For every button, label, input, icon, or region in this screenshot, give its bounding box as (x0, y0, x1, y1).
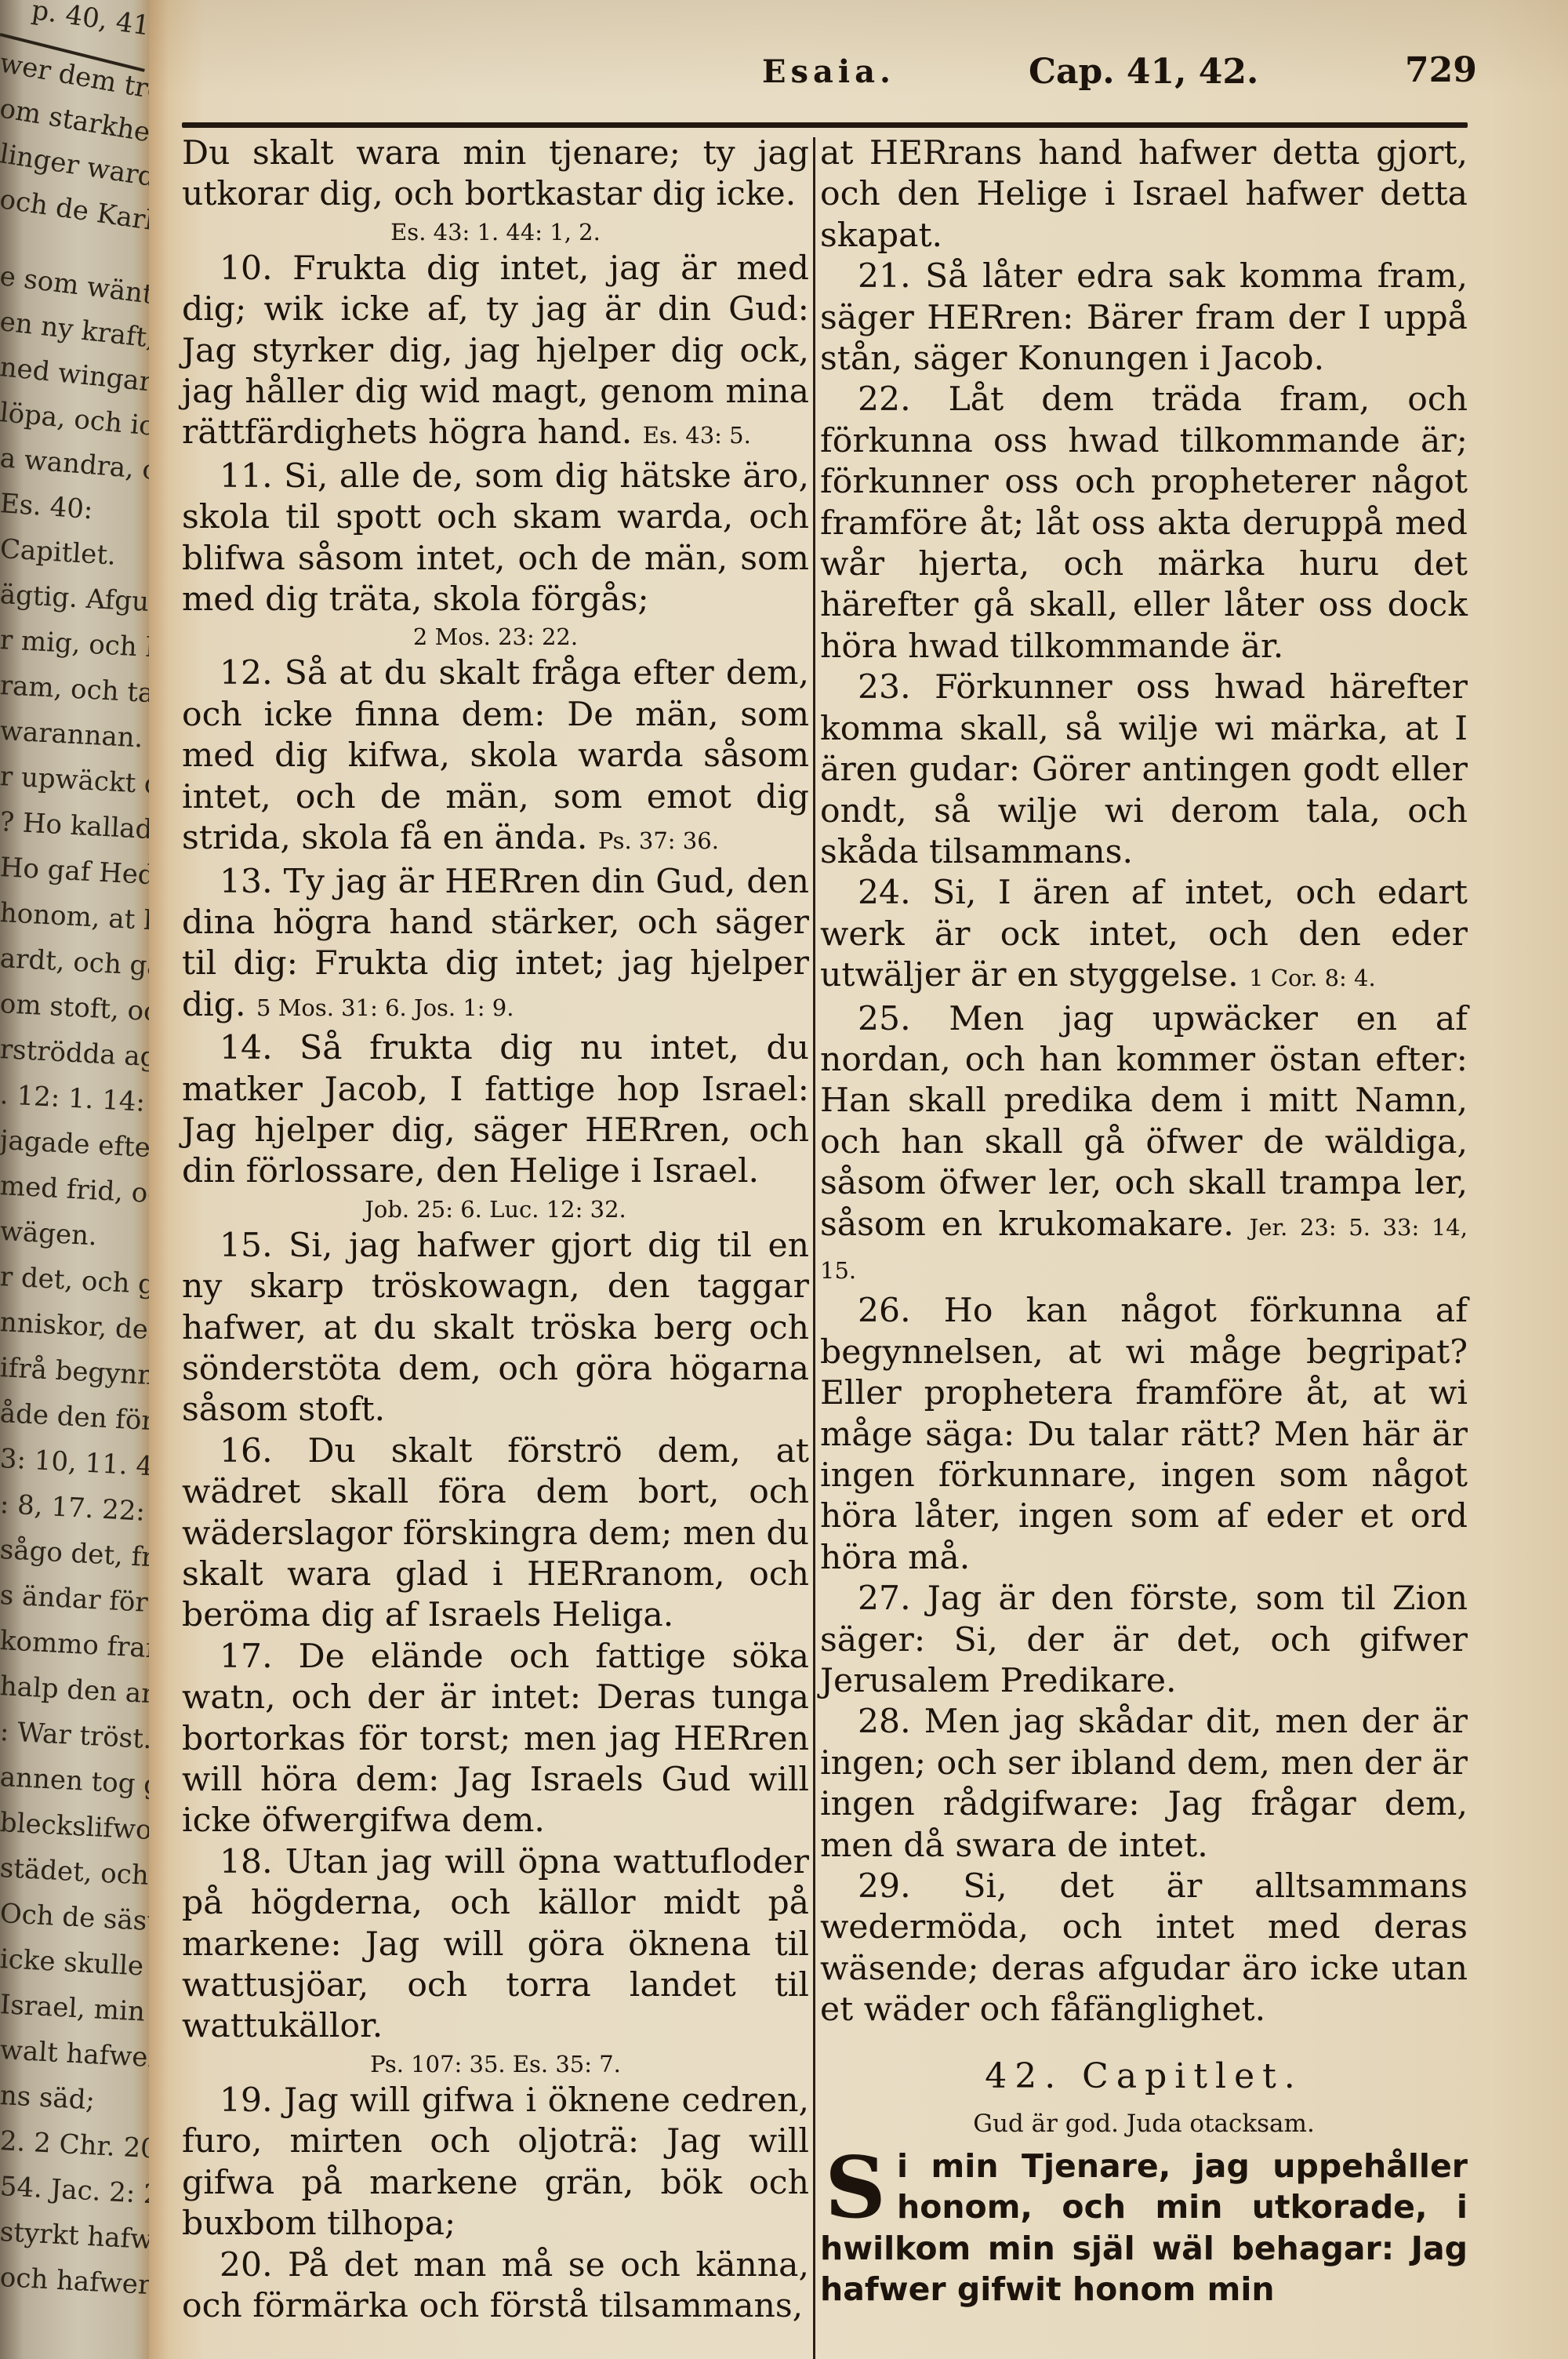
verse-number: 26. (858, 1292, 911, 1330)
previous-page-line: ägtig. Afgud intet. (0, 579, 149, 623)
previous-page-line: ? Ho kallade hono (0, 806, 149, 850)
verse-number: 19. (220, 2081, 273, 2120)
verse-text: Si, jag hafwer gjort dig til en ny skarp… (182, 1227, 809, 1430)
verse-number: 25. (858, 1000, 911, 1038)
verse-18: 18. Utan jag will öpna wattufloder på hö… (182, 1842, 809, 2048)
verse-number: 23. (858, 668, 911, 707)
verse-number: 15. (220, 1227, 273, 1265)
previous-page-line: bleckslifworna (0, 1807, 149, 1848)
verse-number: 12. (220, 654, 273, 692)
chapter-range: Cap. 41, 42. (1029, 52, 1258, 92)
verse-29: 29. Si, det är alltsammans wedermöda, oc… (820, 1866, 1468, 2031)
previous-page-header: p. 40, 41. (30, 0, 149, 43)
previous-page-line: s ändar förskr (0, 1579, 149, 1621)
previous-page-line: sågo det, fr (0, 1534, 149, 1573)
verse-text: Men jag skådar dit, men der är ingen; oc… (820, 1703, 1468, 1864)
cross-reference: Ps. 107: 35. Es. 35: 7. (182, 2048, 809, 2081)
previous-page-line: Israel, min tj (0, 1989, 149, 2029)
verse-text: Si, det är alltsammans wedermöda, och in… (820, 1867, 1468, 2029)
cross-reference: Es. 43: 1. 44: 1, 2. (182, 216, 809, 249)
verse-24: 24. Si, I ären af intet, och edart werk … (820, 873, 1468, 998)
book-title: Esaia. (762, 53, 895, 90)
verse-20-continuation: at HERrans hand hafwer detta gjort, och … (820, 133, 1468, 256)
verse-13: 13. Ty jag är HERren din Gud, den dina h… (182, 862, 809, 1029)
verse-text: Så låter edra sak komma fram, säger HERr… (820, 257, 1468, 378)
previous-page-line: om stoft, och fl (0, 988, 149, 1030)
verse-number: 18. (220, 1843, 273, 1881)
chapter-42-title: 42. Capitlet. (820, 2053, 1468, 2100)
verse-21: 21. Så låter edra sak komma fram, säger … (820, 256, 1468, 380)
verse-number: 28. (858, 1703, 911, 1741)
verse-27: 27. Jag är den förste, som til Zion säge… (820, 1579, 1468, 1702)
previous-page-line: och hafwer (0, 2262, 149, 2301)
previous-page-line: halp den andra (0, 1670, 149, 1713)
verse-text: Så frukta dig nu intet, du matker Jacob,… (182, 1029, 809, 1190)
previous-page-line: styrkt hafwer (0, 2216, 149, 2257)
verse-number: 16. (220, 1432, 273, 1470)
cross-reference: Ps. 37: 36. (598, 827, 719, 854)
previous-page-edge: p. 40, 41. wer dem tröom starkhet mlinge… (0, 0, 149, 2359)
previous-page-line: och de Karle (0, 184, 149, 239)
page-number: 729 (1405, 50, 1477, 90)
verse-number: 20. (220, 2246, 273, 2284)
verse-22: 22. Låt dem träda fram, och förkunna oss… (820, 380, 1468, 667)
previous-page-line: 3: 10, 11. 44: 6. (0, 1443, 149, 1485)
verse-16: 16. Du skalt förströ dem, at wädret skal… (182, 1431, 809, 1637)
previous-page-line: ardt, och gaf den (0, 943, 149, 986)
previous-page-line: Capitlet. (0, 533, 117, 572)
verse-15: 15. Si, jag hafwer gjort dig til en ny s… (182, 1226, 809, 1431)
verse-20: 20. På det man må se och känna, och förm… (182, 2245, 809, 2328)
verse-number: 24. (858, 874, 911, 912)
verse-text: i min Tjenare, jag uppehåller honom, och… (820, 2147, 1468, 2308)
previous-page-line: löpa, och icke m (0, 397, 149, 448)
previous-page-line: a wandra, och (0, 442, 149, 489)
previous-page-line: kommo fram (0, 1625, 149, 1665)
header-rule (182, 122, 1468, 128)
previous-page-line: åde den förste o (0, 1398, 149, 1441)
previous-page-line: Es. 40: (0, 488, 94, 525)
chapter-42-summary: Gud är god. Juda otacksam. (820, 2105, 1468, 2143)
verse-text: Jag är den förste, som til Zion säger: S… (820, 1579, 1468, 1700)
verse-25: 25. Men jag upwäcker en af nordan, och h… (820, 999, 1468, 1292)
verse-17: 17. De elände och fattige söka watn, och… (182, 1637, 809, 1842)
verse-number: 13. (220, 863, 273, 901)
verse-text: Utan jag will öpna wattufloder på högder… (182, 1843, 809, 2046)
previous-page-line: nniskor, den ti (0, 1307, 149, 1348)
verse-9-continuation: Du skalt wara min tjenare; ty jag utkora… (182, 133, 809, 216)
cross-reference: 2 Mos. 23: 22. (182, 620, 809, 653)
previous-page-line: icke skulle stå (0, 1943, 149, 1985)
verse-number: 21. (858, 257, 911, 296)
previous-page-line: : 8, 17. 22: 13. (0, 1488, 149, 1530)
verse-number: 22. (858, 380, 911, 419)
previous-page-line: warannan. (0, 715, 143, 754)
cross-reference: 5 Mos. 31: 6. Jos. 1: 9. (256, 994, 514, 1021)
verse-12: 12. Så at du skalt fråga efter dem, och … (182, 653, 809, 861)
previous-page-line: r mig, och hällen (0, 624, 149, 667)
verse-text: Men jag upwäcker en af nordan, och han k… (820, 1000, 1468, 1244)
previous-page-line: ns säd; (0, 2080, 96, 2116)
previous-page-line: ifrå begynnelsen (0, 1352, 149, 1395)
previous-page-line: : War tröst. (0, 1716, 149, 1755)
previous-page-line: r det, och gör det (0, 1261, 149, 1305)
previous-page-line: 54. Jac. 2: 23. (0, 2171, 149, 2212)
verse-text: Si, alle de, som dig hätske äro, skola t… (182, 457, 809, 619)
verse-text: Ho kan något förkunna af begynnelsen, at… (820, 1292, 1468, 1576)
previous-page-line: Ho gaf Hedningarna (0, 852, 149, 897)
verse-11: 11. Si, alle de, som dig hätske äro, sko… (182, 456, 809, 621)
verse-28: 28. Men jag skådar dit, men der är ingen… (820, 1702, 1468, 1866)
previous-page-line: 2. 2 Chr. 20: (0, 2125, 149, 2165)
previous-page-line: e som wänte (0, 260, 149, 312)
verse-text: På det man må se och känna, och förmärka… (182, 2246, 809, 2325)
previous-page-line: . 12: 1. 14: 13. (0, 1079, 149, 1121)
drop-cap: S (825, 2150, 886, 2226)
verse-26: 26. Ho kan något förkunna af begynnelsen… (820, 1291, 1468, 1579)
right-column: at HERrans hand hafwer detta gjort, och … (820, 133, 1468, 2310)
left-column: Du skalt wara min tjenare; ty jag utkora… (182, 133, 809, 2327)
verse-text: Du skalt förströ dem, at wädret skall fö… (182, 1432, 809, 1635)
previous-page-line: honom, at han (0, 897, 149, 939)
running-head: Esaia. Cap. 41, 42. 729 (182, 47, 1483, 110)
verse-text: Förkunner oss hwad härefter komma skall,… (820, 668, 1468, 871)
previous-page-line: wägen. (0, 1216, 98, 1252)
verse-number: 29. (858, 1867, 911, 1906)
cross-reference: Job. 25: 6. Luc. 12: 32. (182, 1193, 809, 1226)
previous-page-line: Och de säste (0, 1898, 149, 1939)
previous-page-line: ram, och tale; lät (0, 670, 149, 713)
previous-page-line: jagade efter dem (0, 1125, 149, 1168)
verse-number: 11. (220, 457, 273, 496)
column-divider (813, 137, 815, 2359)
cross-reference: Es. 43: 5. (643, 422, 751, 449)
verse-number: 10. (220, 249, 273, 288)
previous-page-line: annen tog guld (0, 1761, 149, 1804)
verse-text: De elände och fattige söka watn, och der… (182, 1637, 809, 1841)
previous-page-line: rströdda agnar? (0, 1034, 149, 1076)
verse-14: 14. Så frukta dig nu intet, du matker Ja… (182, 1028, 809, 1193)
previous-page-line: walt hafwer, d (0, 2034, 149, 2076)
previous-page-line: en ny kraft, s (0, 306, 149, 357)
previous-page-line: städet, och (0, 1852, 149, 1892)
verse-number: 17. (220, 1637, 273, 1676)
verse-23: 23. Förkunner oss hwad härefter komma sk… (820, 667, 1468, 873)
previous-page-line: r upwäckt den r (0, 761, 149, 803)
chapter-42-verse-1: Si min Tjenare, jag uppehåller honom, oc… (820, 2146, 1468, 2310)
verse-text: Låt dem träda fram, och förkunna oss hwa… (820, 380, 1468, 665)
verse-number: 14. (220, 1029, 273, 1067)
verse-text: Jag will gifwa i öknene cedren, furo, mi… (182, 2081, 809, 2243)
cross-reference: 1 Cor. 8: 4. (1249, 965, 1376, 991)
verse-10: 10. Frukta dig intet, jag är med dig; wi… (182, 249, 809, 456)
previous-page-line: med frid, och (0, 1170, 149, 1211)
verse-19: 19. Jag will gifwa i öknene cedren, furo… (182, 2081, 809, 2245)
verse-number: 27. (858, 1579, 911, 1618)
